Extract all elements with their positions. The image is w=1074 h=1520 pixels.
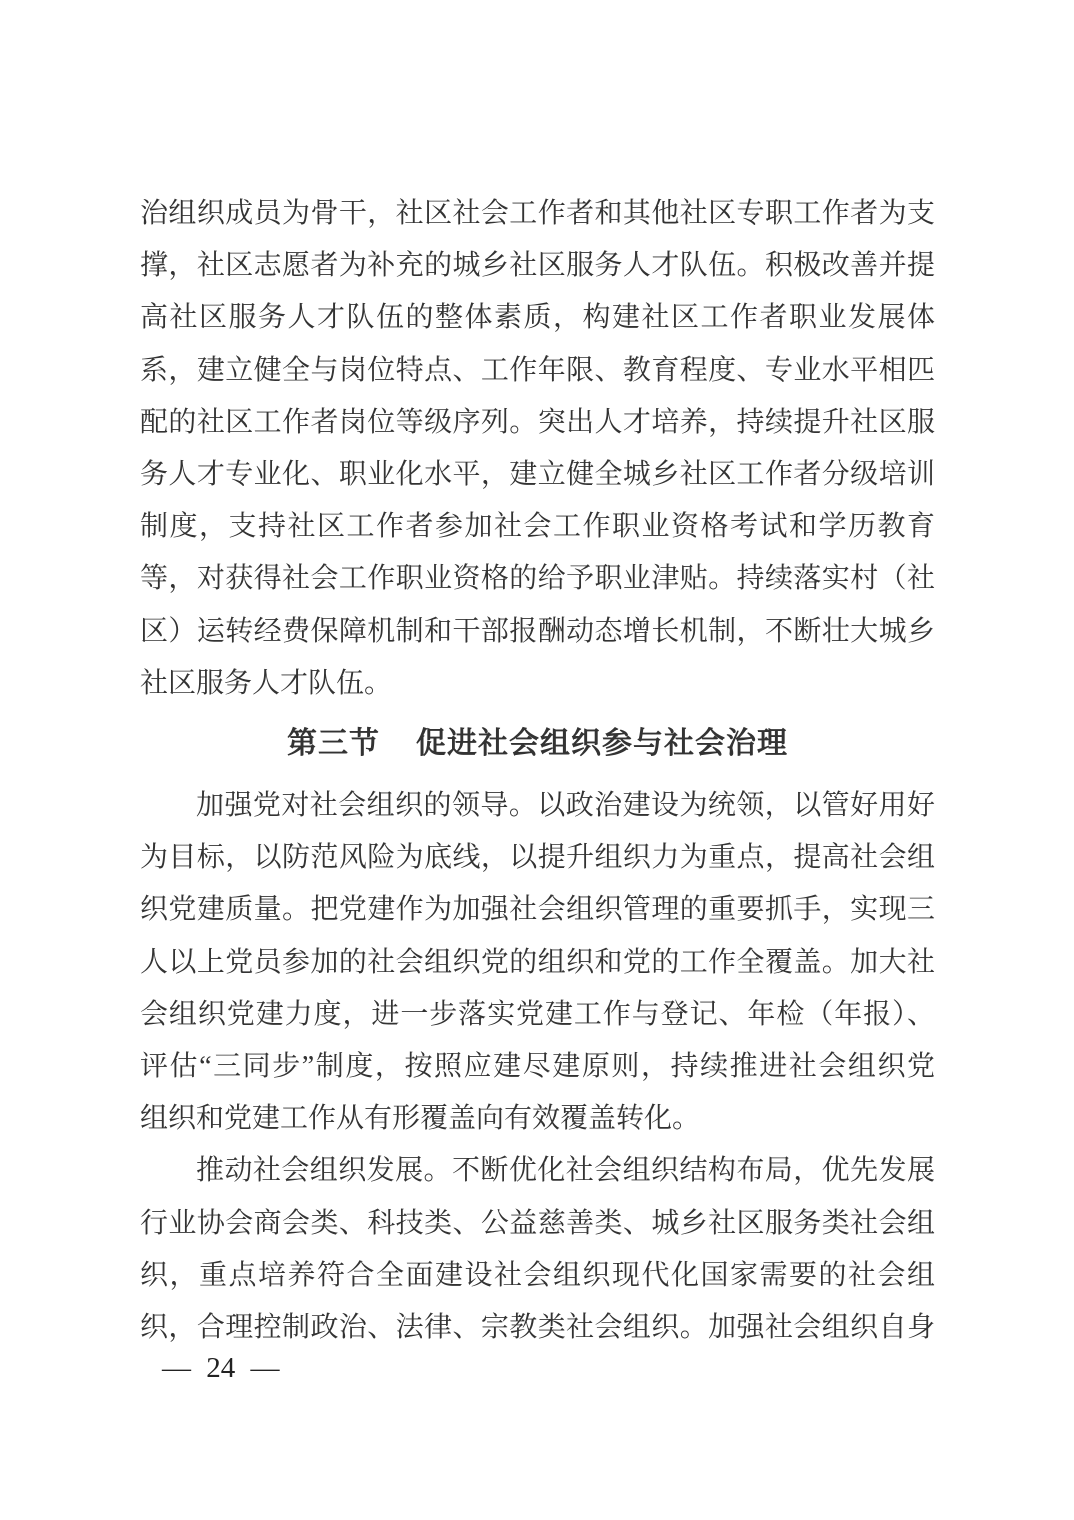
text-line: 行业协会商会类、科技类、公益慈善类、城乡社区服务类社会组 [140, 1198, 935, 1250]
document-page: 治组织成员为骨干，社区社会工作者和其他社区专职工作者为支撑，社区志愿者为补充的城… [0, 0, 1074, 1520]
text-line: 系，建立健全与岗位特点、工作年限、教育程度、专业水平相匹 [140, 345, 935, 397]
text-line: 人以上党员参加的社会组织党的组织和党的工作全覆盖。加大社 [140, 937, 935, 989]
text-line: 为目标，以防范风险为底线，以提升组织力为重点，提高社会组 [140, 832, 935, 884]
text-line: 会组织党建力度，进一步落实党建工作与登记、年检（年报）、 [140, 989, 935, 1041]
text-line: 治组织成员为骨干，社区社会工作者和其他社区专职工作者为支 [140, 188, 935, 240]
section-heading-title: 促进社会组织参与社会治理 [416, 727, 788, 760]
section-heading-number: 第三节 [287, 727, 380, 760]
text-line: 配的社区工作者岗位等级序列。突出人才培养，持续提升社区服 [140, 397, 935, 449]
paragraph-party-leadership: 加强党对社会组织的领导。以政治建设为统领，以管好用好为目标，以防范风险为底线，以… [140, 780, 935, 1145]
page-number: — 24 — [162, 1342, 280, 1394]
text-line: 织，重点培养符合全面建设社会组织现代化国家需要的社会组 [140, 1250, 935, 1302]
text-line: 评估“三同步”制度，按照应建尽建原则，持续推进社会组织党 [140, 1041, 935, 1093]
page-content: 治组织成员为骨干，社区社会工作者和其他社区专职工作者为支撑，社区志愿者为补充的城… [140, 188, 935, 1354]
text-line: 撑，社区志愿者为补充的城乡社区服务人才队伍。积极改善并提 [140, 240, 935, 292]
text-line: 务人才专业化、职业化水平，建立健全城乡社区工作者分级培训 [140, 449, 935, 501]
text-line: 高社区服务人才队伍的整体素质，构建社区工作者职业发展体 [140, 292, 935, 344]
text-line: 加强党对社会组织的领导。以政治建设为统领，以管好用好 [140, 780, 935, 832]
paragraph-community-service-talent: 治组织成员为骨干，社区社会工作者和其他社区专职工作者为支撑，社区志愿者为补充的城… [140, 188, 935, 710]
section-heading: 第三节促进社会组织参与社会治理 [140, 718, 935, 770]
text-line: 区）运转经费保障机制和干部报酬动态增长机制，不断壮大城乡 [140, 606, 935, 658]
paragraph-social-org-development: 推动社会组织发展。不断优化社会组织结构布局，优先发展行业协会商会类、科技类、公益… [140, 1145, 935, 1354]
text-line: 组织和党建工作从有形覆盖向有效覆盖转化。 [140, 1093, 935, 1145]
text-line: 社区服务人才队伍。 [140, 658, 935, 710]
text-line: 等，对获得社会工作职业资格的给予职业津贴。持续落实村（社 [140, 553, 935, 605]
text-line: 推动社会组织发展。不断优化社会组织结构布局，优先发展 [140, 1145, 935, 1197]
text-line: 制度，支持社区工作者参加社会工作职业资格考试和学历教育 [140, 501, 935, 553]
text-line: 织党建质量。把党建作为加强社会组织管理的重要抓手，实现三 [140, 884, 935, 936]
